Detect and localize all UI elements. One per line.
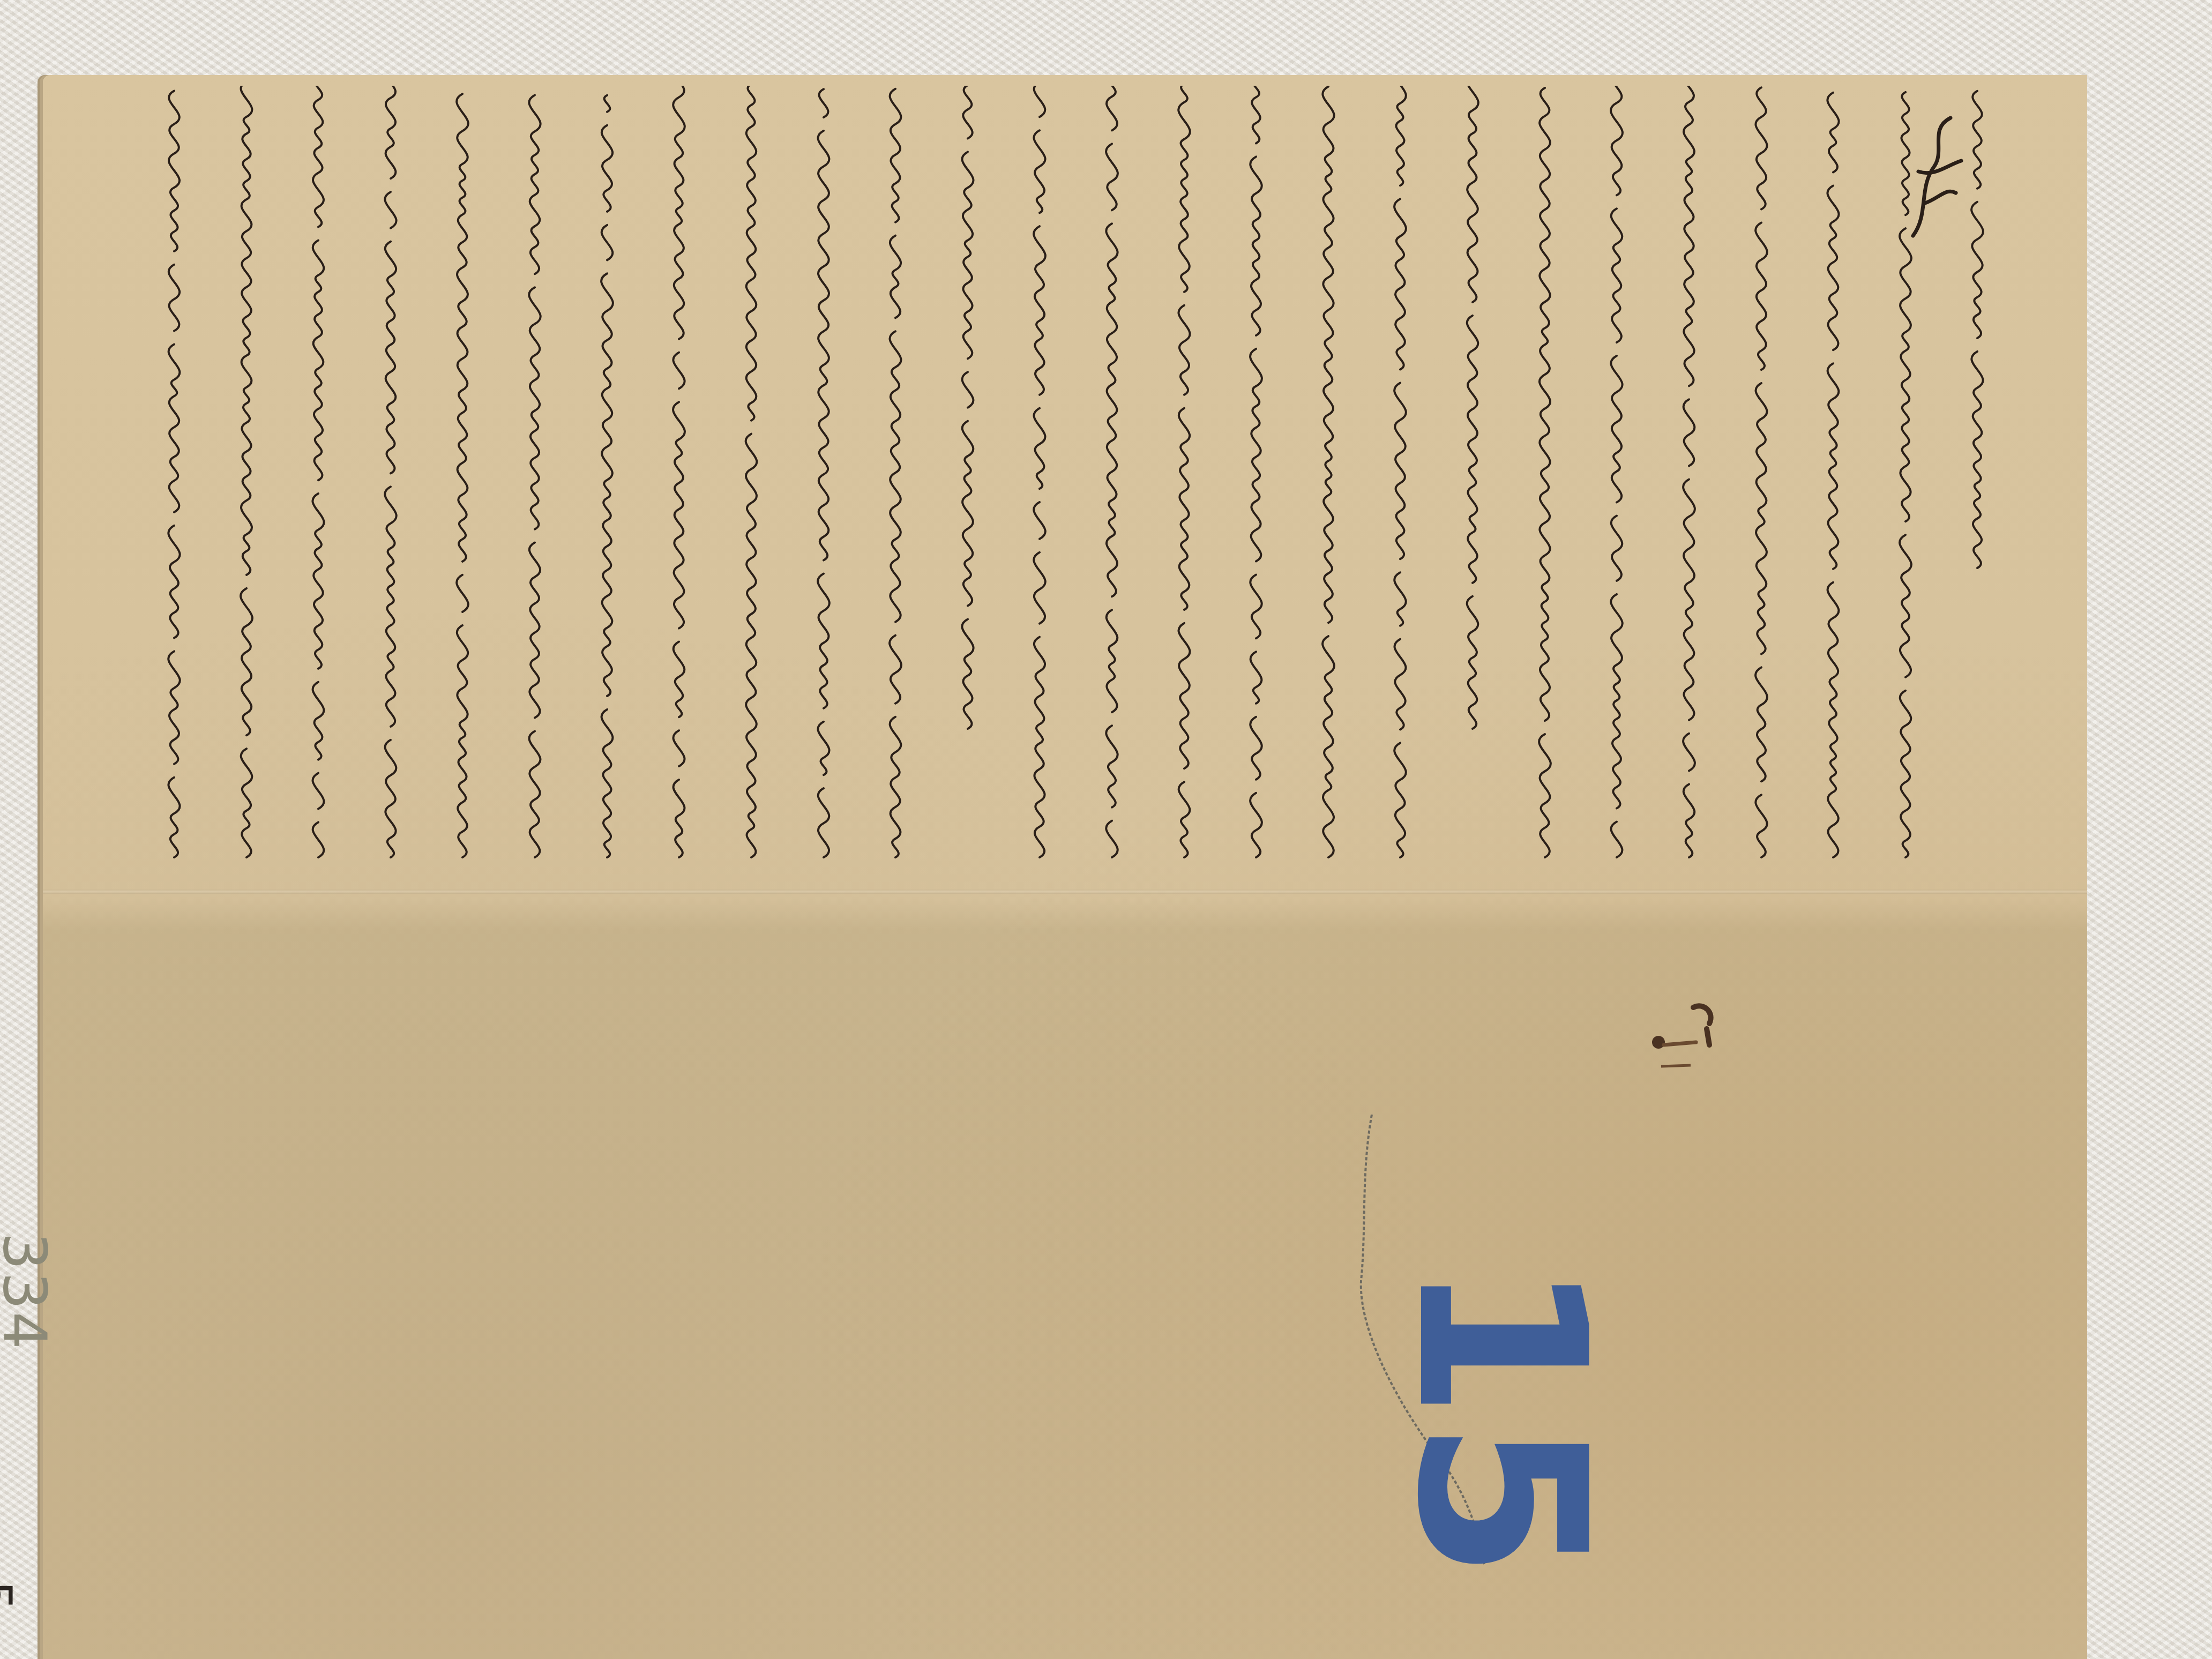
handwritten-line bbox=[1232, 86, 1280, 868]
handwritten-line bbox=[511, 86, 559, 868]
handwritten-line bbox=[655, 86, 703, 868]
handwritten-line bbox=[583, 86, 631, 868]
handwritten-line bbox=[1015, 86, 1064, 868]
letter-sheet bbox=[43, 75, 2087, 1659]
handwritten-line bbox=[1160, 86, 1208, 868]
handwritten-line bbox=[1521, 86, 1569, 868]
handwritten-line bbox=[294, 86, 342, 868]
corner-partial-number: 5 bbox=[0, 1581, 21, 1611]
handwritten-text-area bbox=[150, 86, 2026, 890]
handwritten-line bbox=[1304, 86, 1352, 868]
handwritten-line bbox=[799, 86, 848, 868]
ink-marks bbox=[1629, 997, 1736, 1072]
blue-crayon-number: 15 bbox=[1366, 1259, 1634, 1580]
paper-fold bbox=[43, 890, 2087, 894]
handwritten-line bbox=[1376, 86, 1424, 868]
handwritten-line bbox=[1088, 86, 1136, 868]
handwritten-line bbox=[1593, 86, 1641, 868]
handwritten-line bbox=[1448, 86, 1497, 868]
signature bbox=[1897, 107, 1972, 246]
handwritten-line bbox=[438, 86, 487, 868]
handwritten-line bbox=[1809, 86, 1857, 868]
handwritten-line bbox=[871, 86, 920, 868]
handwritten-line bbox=[222, 86, 271, 868]
handwritten-line bbox=[944, 86, 992, 868]
handwritten-line bbox=[727, 86, 775, 868]
pencil-archive-number: 334 bbox=[0, 1232, 59, 1351]
handwritten-line bbox=[367, 86, 415, 868]
handwritten-line bbox=[1737, 86, 1785, 868]
handwritten-line bbox=[150, 86, 198, 868]
handwritten-line bbox=[1665, 86, 1713, 868]
